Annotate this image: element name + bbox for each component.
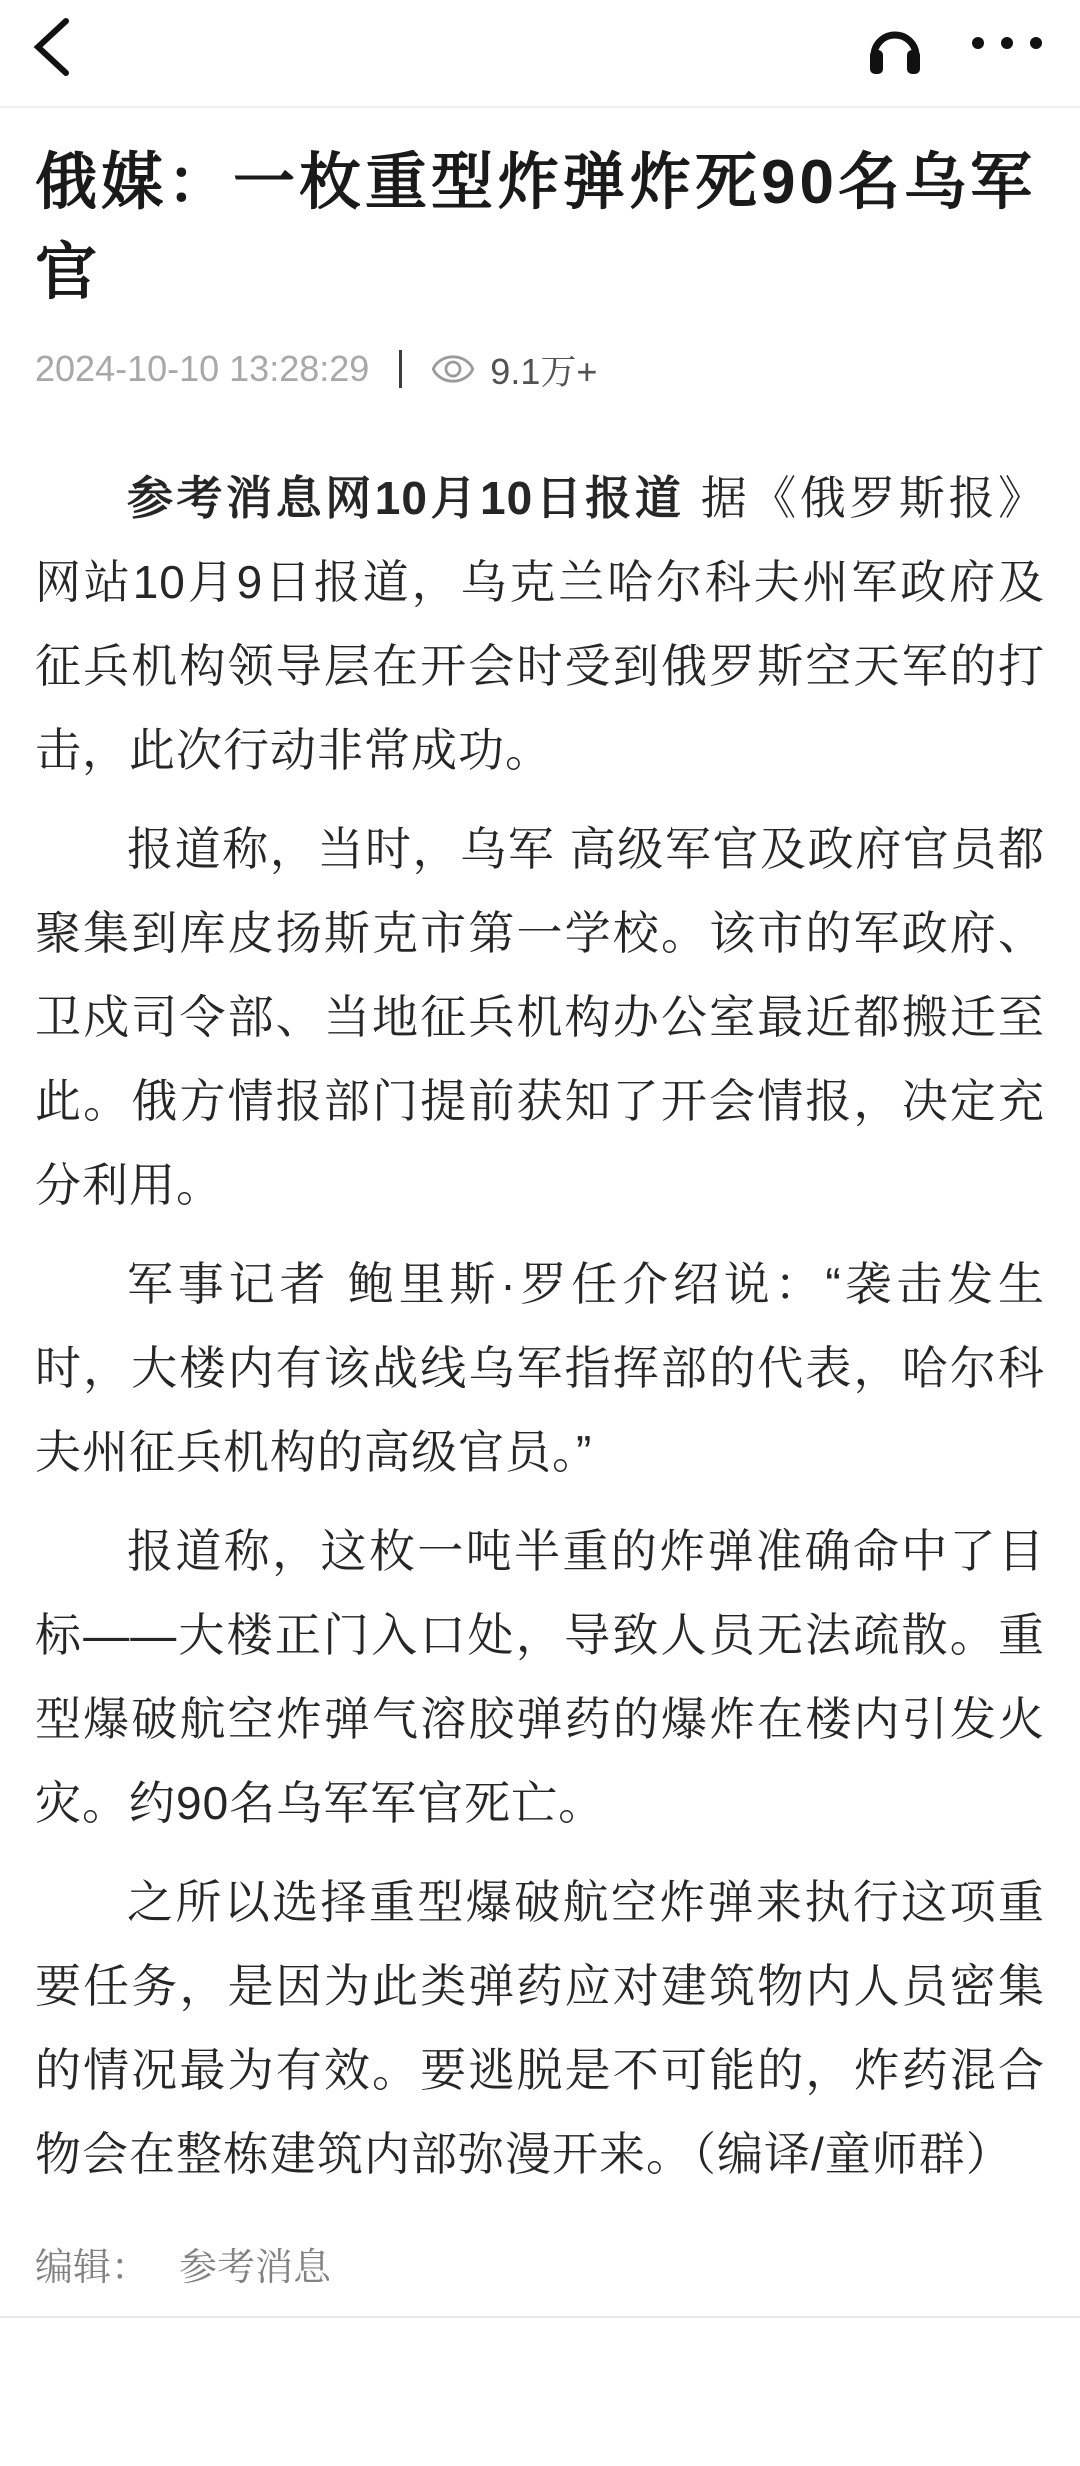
paragraph: 之所以选择重型爆破航空炸弹来执行这项重要任务，是因为此类弹药应对建筑物内人员密集… — [35, 1860, 1045, 2196]
article-container: 俄媒：一枚重型炸弹炸死90名乌军官 2024-10-10 13:28:29 9.… — [0, 138, 1080, 2290]
paragraph-text: 报道称，这枚一吨半重的炸弹准确命中了目标——大楼正门入口处，导致人员无法疏散。重… — [35, 1525, 1045, 1829]
publish-time: 2024-10-10 13:28:29 — [35, 348, 369, 390]
meta-divider — [399, 350, 402, 388]
more-menu-button[interactable] — [970, 16, 1044, 77]
article-screen: 俄媒：一枚重型炸弹炸死90名乌军官 2024-10-10 13:28:29 9.… — [0, 0, 1080, 2466]
paragraph: 参考消息网10月10日报道 据《俄罗斯报》网站10月9日报道，乌克兰哈尔科夫州军… — [35, 456, 1045, 792]
article-title: 俄媒：一枚重型炸弹炸死90名乌军官 — [35, 138, 1045, 318]
top-nav-bar — [0, 0, 1080, 108]
views-count: 9.1万+ — [490, 344, 597, 395]
eye-icon — [432, 354, 474, 384]
editor-value: 参考消息 — [179, 2246, 331, 2290]
paragraph: 报道称，这枚一吨半重的炸弹准确命中了目标——大楼正门入口处，导致人员无法疏散。重… — [35, 1509, 1045, 1845]
paragraph-text: 之所以选择重型爆破航空炸弹来执行这项重要任务，是因为此类弹药应对建筑物内人员密集… — [35, 1876, 1045, 2180]
back-button[interactable] — [30, 16, 72, 81]
headphones-icon — [866, 16, 924, 77]
listen-audio-button[interactable] — [866, 16, 924, 77]
paragraph-text: 军事记者 鲍里斯·罗任介绍说：“袭击发生时，大楼内有该战线乌军指挥部的代表，哈尔… — [35, 1258, 1045, 1478]
article-meta-row: 2024-10-10 13:28:29 9.1万+ — [35, 342, 1045, 396]
editor-row: 编辑： 参考消息 — [35, 2246, 1045, 2290]
paragraph-lead: 参考消息网10月10日报道 — [127, 472, 684, 524]
bottom-divider — [0, 2316, 1080, 2318]
chevron-left-icon — [30, 16, 72, 81]
paragraph-text: 报道称，当时，乌军 高级军官及政府官员都聚集到库皮扬斯克市第一学校。该市的军政府… — [35, 823, 1045, 1211]
paragraph: 报道称，当时，乌军 高级军官及政府官员都聚集到库皮扬斯克市第一学校。该市的军政府… — [35, 807, 1045, 1227]
topbar-actions — [866, 16, 1044, 77]
article-body: 参考消息网10月10日报道 据《俄罗斯报》网站10月9日报道，乌克兰哈尔科夫州军… — [35, 456, 1045, 2196]
paragraph: 军事记者 鲍里斯·罗任介绍说：“袭击发生时，大楼内有该战线乌军指挥部的代表，哈尔… — [35, 1242, 1045, 1494]
editor-label: 编辑： — [35, 2246, 149, 2290]
ellipsis-icon — [970, 16, 1044, 77]
